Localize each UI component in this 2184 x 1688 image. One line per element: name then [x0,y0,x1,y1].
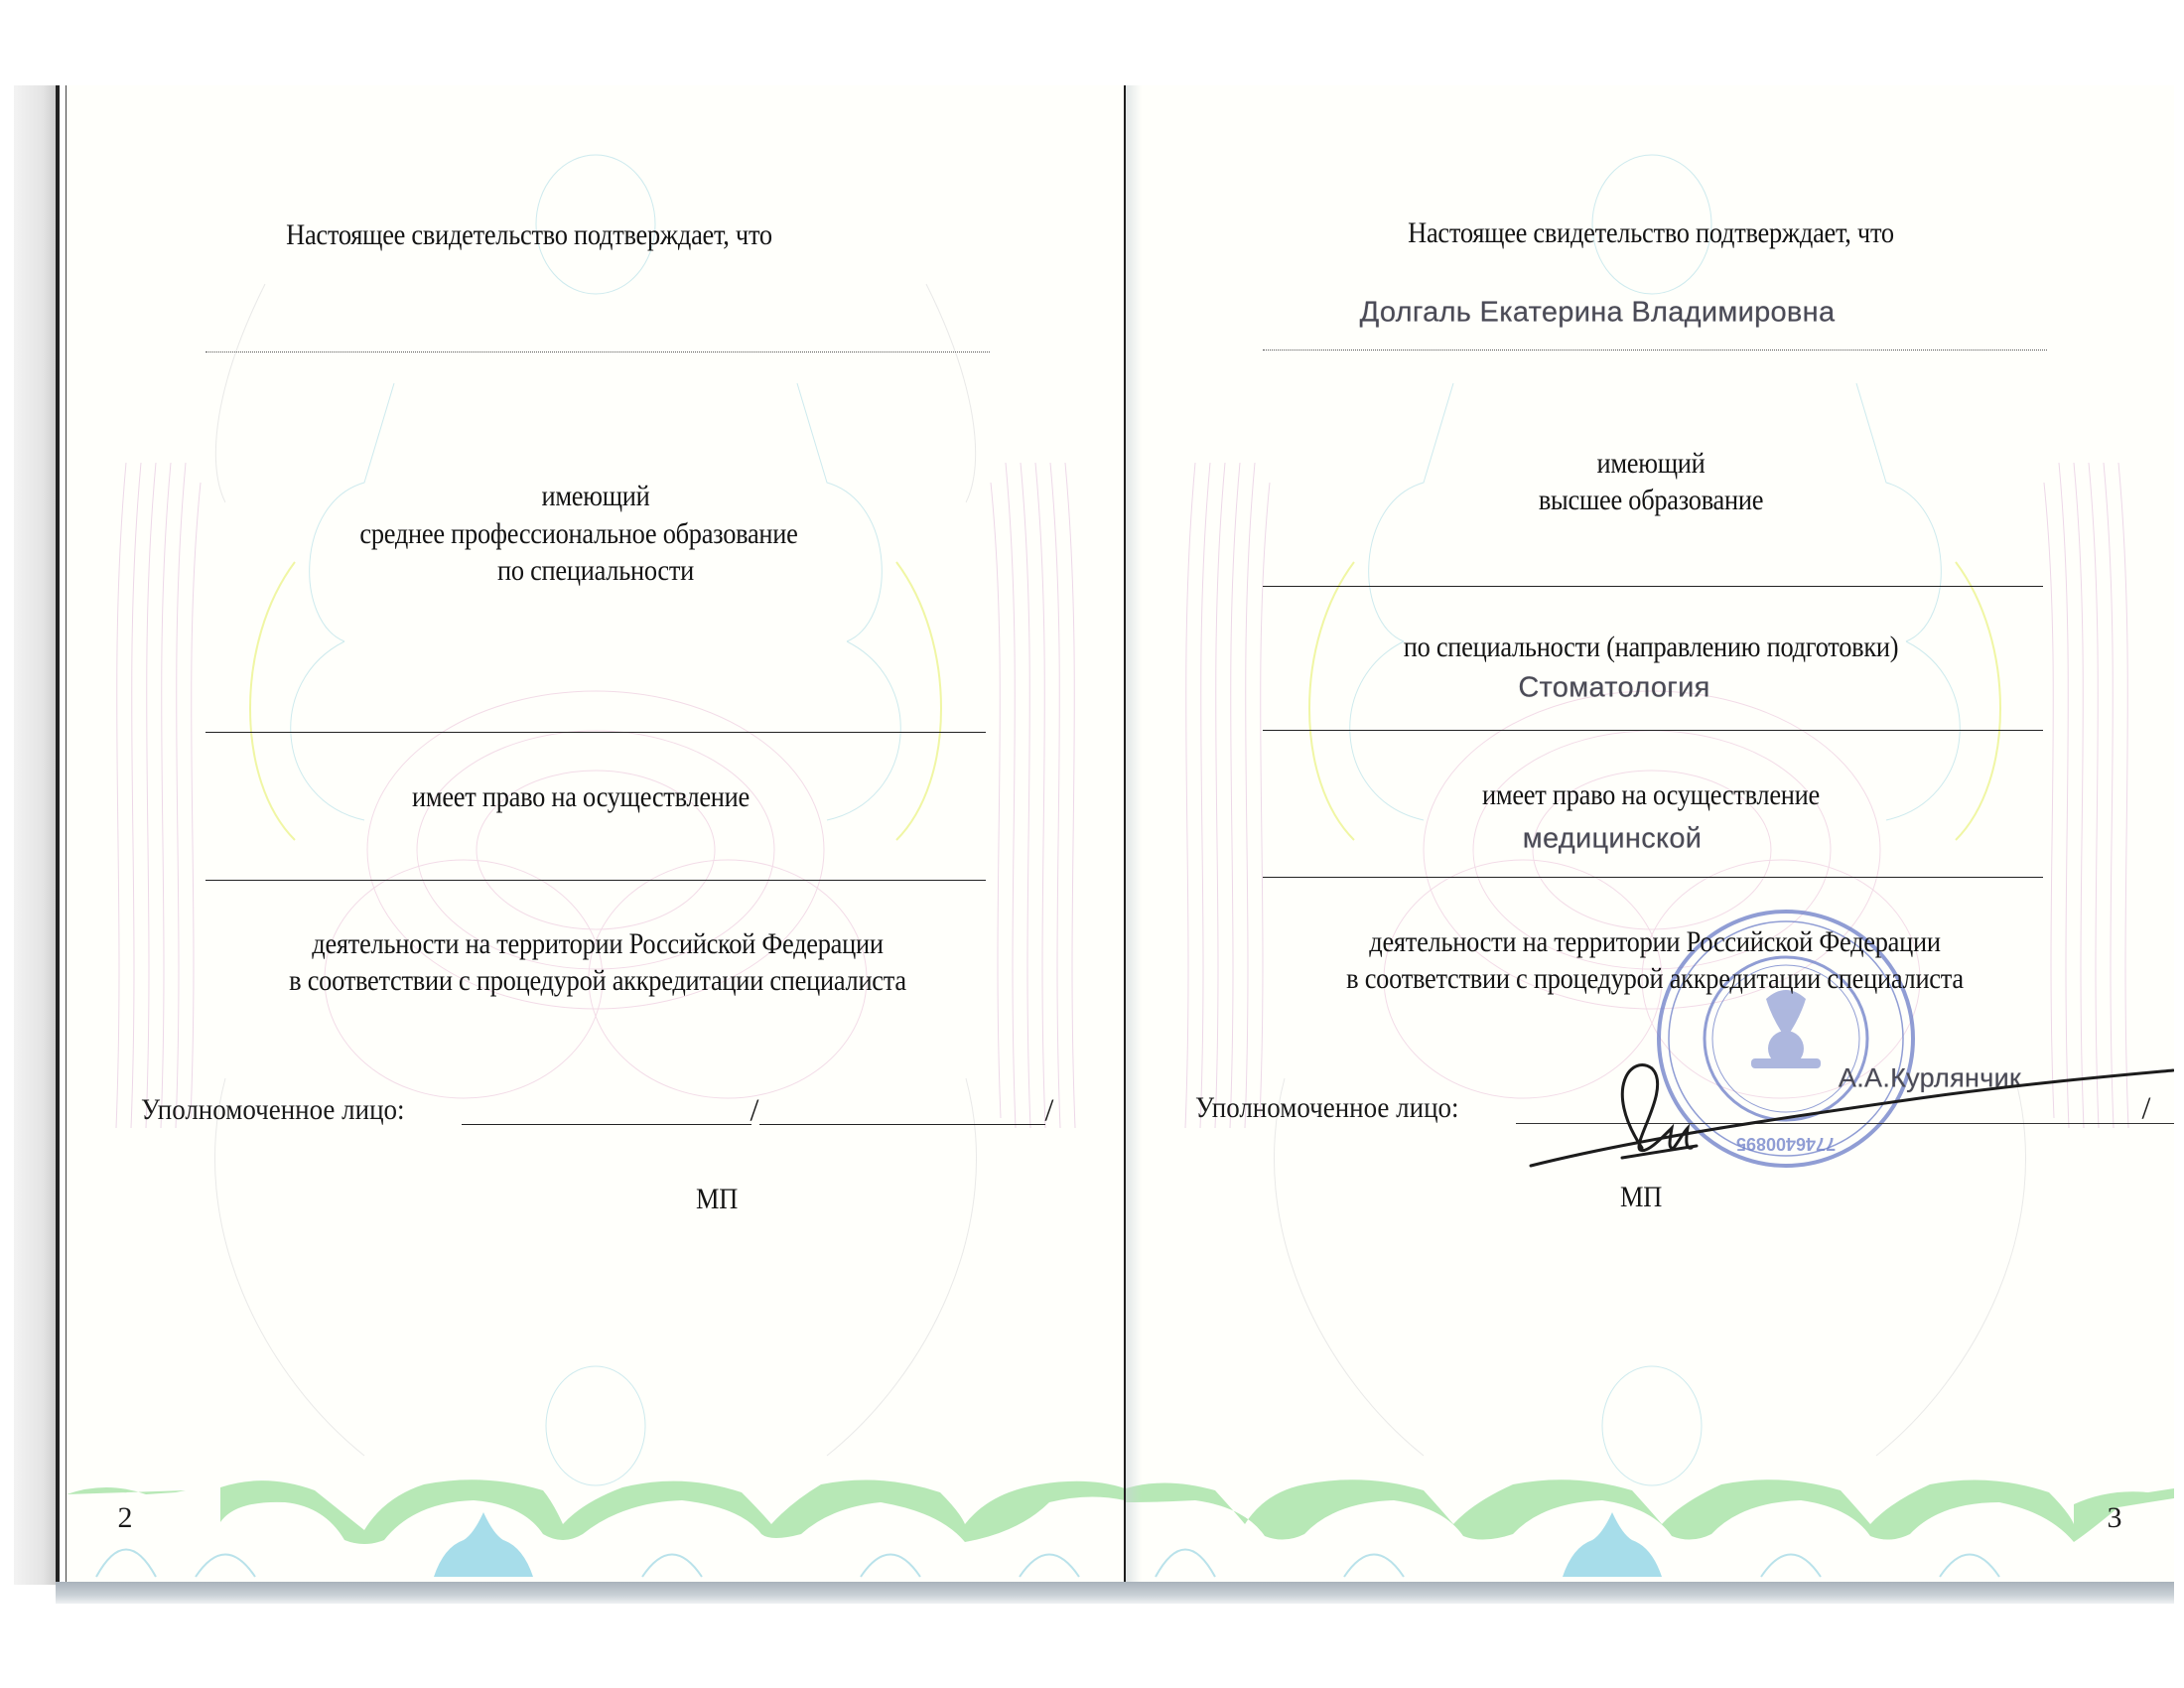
signature-line [462,1124,751,1125]
binding-edge [14,85,56,1585]
scope-line-1: деятельности на территории Российской Фе… [312,927,883,961]
page-number: 3 [2108,1501,2122,1535]
education-underline [1263,586,2043,587]
education-line-3: по специальности [497,554,694,588]
education-line-1: имеющий [1596,447,1705,481]
education-line-2: среднее профессиональное образование [359,517,797,551]
slash-separator-end: / [1045,1092,1054,1129]
right-to-practice-label: имеет право на осуществление [412,780,750,814]
spine-shadow [1126,85,1142,1583]
certificate-title: Настоящее свидетельство подтверждает, чт… [1408,216,1894,250]
activity-value: медицинской [1523,823,1703,856]
page-right: Настоящее свидетельство подтверждает, чт… [1126,85,2174,1582]
specialty-underline [1263,730,2043,731]
decorative-border-band [67,1463,1125,1582]
seal-label: МП [696,1183,738,1216]
handwritten-signature [1523,1058,2174,1178]
page-left: Настоящее свидетельство подтверждает, чт… [67,85,1125,1582]
scanned-certificate-spread: Настоящее свидетельство подтверждает, чт… [0,0,2184,1688]
specialty-label: по специальности (направлению подготовки… [1404,631,1899,664]
seal-label: МП [1620,1181,1662,1214]
specialty-value: Стоматология [1518,672,1709,705]
guilloche-background [67,85,1125,1582]
signatory-label: Уполномоченное лицо: [1195,1091,1459,1125]
scope-line-2: в соответствии с процедурой аккредитации… [289,964,906,998]
activity-underline [1263,877,2043,878]
slash-separator: / [751,1092,759,1129]
education-line-2: высшее образование [1539,484,1763,517]
specialty-underline [205,732,986,733]
name-underline [1263,350,2047,351]
decorative-border-band [1126,1463,2174,1582]
name-underline [205,352,990,352]
signatory-label: Уполномоченное лицо: [141,1093,405,1127]
certificate-title: Настоящее свидетельство подтверждает, чт… [286,218,772,252]
education-line-1: имеющий [541,480,649,513]
activity-underline [205,880,986,881]
page-number: 2 [118,1501,133,1535]
scope-line-2: в соответствии с процедурой аккредитации… [1346,962,1964,996]
holder-name: Долгаль Екатерина Владимировна [1360,297,1836,330]
signatory-name-line [759,1124,1045,1125]
scope-line-1: деятельности на территории Российской Фе… [1369,925,1940,959]
bottom-edge-shadow [56,1582,2174,1604]
cover-edge [56,85,60,1585]
right-to-practice-label: имеет право на осуществление [1482,778,1820,812]
